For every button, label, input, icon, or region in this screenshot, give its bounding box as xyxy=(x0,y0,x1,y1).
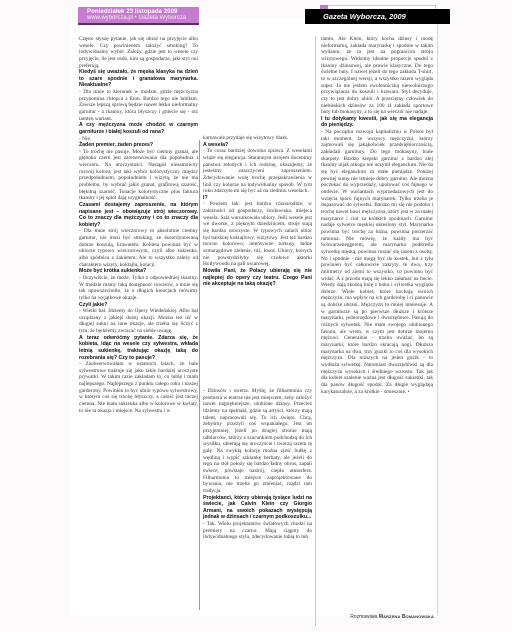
interview-question: Kiedyś się uważało, że męska klasyka na … xyxy=(79,69,198,89)
paragraph: - Na początku rozwoju kapitalizmu w Pols… xyxy=(321,129,433,395)
interview-question: I tu dotykamy kwestii, jak się ma elegan… xyxy=(321,116,433,129)
paragraph: - Dla mnie to kierunek w modzie, gdzie m… xyxy=(79,89,198,122)
column-divider xyxy=(315,36,316,626)
paragraph: - Wielki bal. Idziemy do Opery Wiedeński… xyxy=(79,308,198,335)
date-header-tab: Poniedziałek 23 listopada 2009 www.wybor… xyxy=(78,7,199,25)
paragraph: Często słyszę pytanie, jak się ubrać na … xyxy=(79,36,198,69)
article-column-1: Często słyszę pytanie, jak się ubrać na … xyxy=(79,36,198,414)
paragraph: - Tak. Wielu projektantów światowych cho… xyxy=(203,521,312,541)
paragraph: - Zaobserwowałam w ostatnich latach, że … xyxy=(79,361,198,414)
interview-question: Mówiła Pani, że Polacy ubierają się nie … xyxy=(203,268,312,288)
article-column-2-top: karnawale przydaje się wizytowy blask.A … xyxy=(203,135,312,288)
byline-prefix: Rozmawiała xyxy=(350,614,377,620)
paragraph: tamto. Ale Klein, który kocha dżinsy i m… xyxy=(321,36,433,116)
paragraph: - Powiem tak: jest bardzo różnorodnie, w… xyxy=(203,201,312,268)
interview-question: Może być krótka sukienka? xyxy=(79,268,198,275)
paragraph: - Oczywiście, że może. Tylko z odpowiedn… xyxy=(79,275,198,302)
site-url: www.wyborcza.pl • Gazeta Wyborcza xyxy=(87,15,199,22)
source-label: Gazeta Wyborcza, 2009 xyxy=(305,9,450,24)
article-column-2-bottom: - Dżinsów i swetra. Myślę, że filharmoni… xyxy=(203,388,312,541)
photo-area xyxy=(203,36,312,132)
article-column-3: tamto. Ale Klein, który kocha dżinsy i m… xyxy=(321,36,433,395)
interview-question: A wesela? xyxy=(203,142,312,149)
interview-question: I? xyxy=(203,195,312,202)
interview-question: A czy mężczyzna może chodzić w czarnym g… xyxy=(79,122,198,135)
interview-question: Czasami dostajemy zaproszenie, na którym… xyxy=(79,202,198,228)
interview-question: Czyli jakie? xyxy=(79,302,198,309)
paragraph: - To coraz bardziej dowolna sprawa. Z we… xyxy=(203,148,312,195)
byline: Rozmawiała Marzena Bomanowska xyxy=(338,614,434,620)
interview-question: A teraz odwróćmy pytanie. Zdarza się, że… xyxy=(79,335,198,361)
paragraph: karnawale przydaje się wizytowy blask. xyxy=(203,135,312,142)
byline-author: Marzena Bomanowska xyxy=(379,614,434,620)
paragraph: - Dżinsów i swetra. Myślę, że filharmoni… xyxy=(203,388,312,495)
paragraph: - To trochę nie pasuje. Może być ciemny … xyxy=(79,149,198,202)
column-divider xyxy=(199,140,200,610)
interview-question: Projektanci, którzy ubierają tysiące lud… xyxy=(203,495,312,521)
paragraph: - Dla mnie strój wieczorowy to absolutni… xyxy=(79,228,198,268)
interview-question: Żaden premier, żaden prezes? xyxy=(79,142,198,149)
issue-date: Poniedziałek 23 listopada 2009 xyxy=(87,8,199,15)
